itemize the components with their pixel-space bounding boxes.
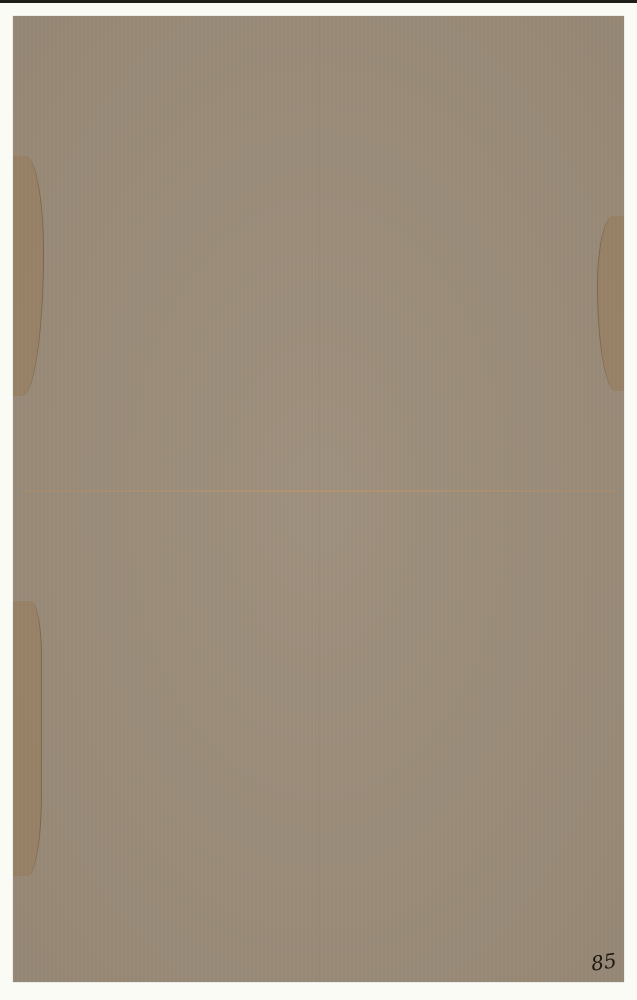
vertical-fold-line xyxy=(318,16,319,982)
handwritten-page-number: 85 xyxy=(589,948,618,975)
water-stain-left-top xyxy=(13,156,44,396)
paper-page: 85 xyxy=(13,16,624,982)
horizontal-fold-line xyxy=(23,490,616,492)
water-stain-right xyxy=(597,216,624,391)
water-stain-left-bottom xyxy=(13,601,42,876)
scan-top-edge xyxy=(0,0,637,3)
